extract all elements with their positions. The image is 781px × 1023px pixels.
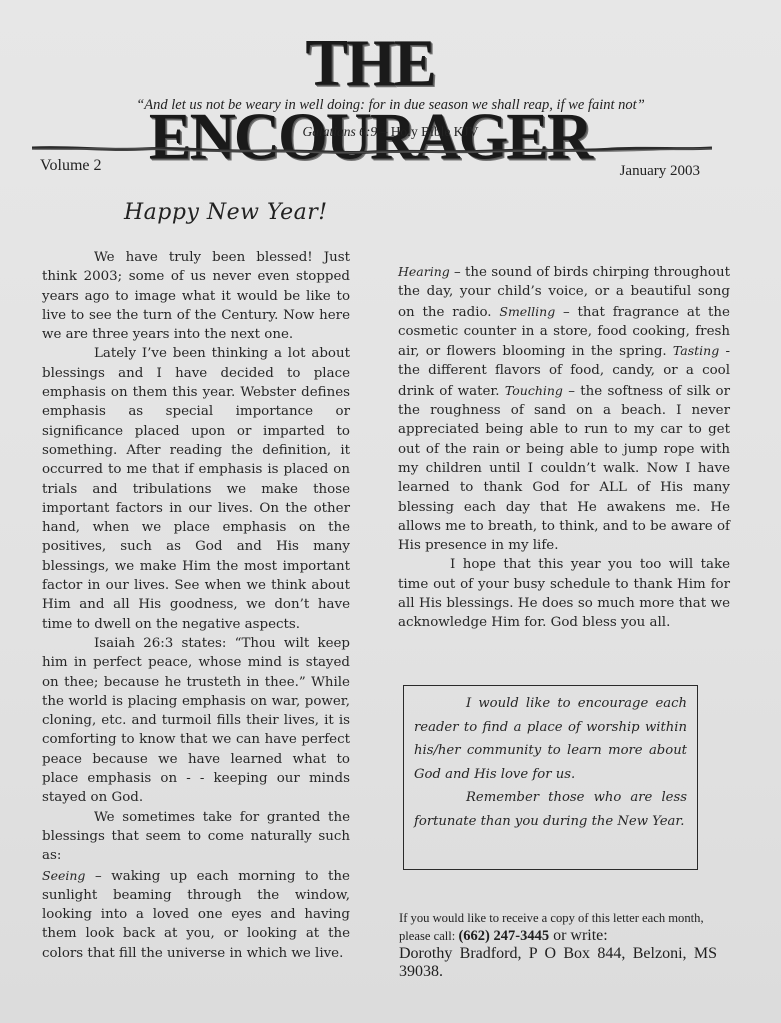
article-paragraph: We have truly been blessed! Just think 2…: [42, 248, 350, 344]
article-paragraph: We sometimes take for granted the blessi…: [42, 808, 350, 866]
contact-write-label: or write:: [549, 927, 608, 944]
volume-label: Volume 2: [40, 157, 101, 175]
contact-phone: (662) 247-3445: [458, 928, 549, 944]
sense-label-tasting: Tasting: [673, 343, 719, 358]
article-paragraph-senses: Hearing – the sound of birds chirping th…: [398, 262, 730, 555]
newsletter-page: THE ENCOURAGER “And let us not be weary …: [0, 0, 781, 1023]
sense-label-seeing: Seeing: [42, 868, 85, 883]
sense-label-hearing: Hearing: [398, 264, 450, 279]
masthead-title: THE ENCOURAGER: [100, 26, 640, 100]
encouragement-callout-box: I would like to encourage each reader to…: [403, 685, 698, 870]
article-paragraph-seeing: Seeing – waking up each morning to the s…: [42, 866, 350, 963]
sense-text-touching: – the softness of silk or the roughness …: [398, 384, 730, 553]
masthead-motto: “And let us not be weary in well doing: …: [60, 97, 721, 114]
article-paragraph: Lately I’ve been thinking a lot about bl…: [42, 344, 350, 633]
callout-paragraph: Remember those who are less fortunate th…: [414, 786, 687, 833]
scripture-citation: Galatians 6:9 – Holy Bible KJV: [60, 124, 721, 140]
subscription-contact: If you would like to receive a copy of t…: [399, 910, 717, 981]
contact-intro: If you would like to receive a copy of t…: [399, 910, 717, 945]
sense-label-smelling: Smelling: [499, 304, 555, 319]
sense-text-seeing: – waking up each morning to the sunlight…: [42, 869, 350, 961]
article-column-right: Hearing – the sound of birds chirping th…: [398, 262, 730, 633]
article-column-left: We have truly been blessed! Just think 2…: [42, 248, 350, 963]
callout-paragraph: I would like to encourage each reader to…: [414, 692, 687, 786]
article-paragraph: Isaiah 26:3 states: “Thou wilt keep him …: [42, 634, 350, 808]
article-closing-paragraph: I hope that this year you too will take …: [398, 555, 730, 632]
rough-divider-line: [32, 143, 712, 157]
article-heading: Happy New Year!: [124, 200, 328, 225]
citation-reference: Galatians 6:9: [303, 124, 378, 139]
sense-label-touching: Touching: [505, 383, 563, 398]
issue-date: January 2003: [620, 163, 700, 180]
citation-source: – Holy Bible KJV: [377, 124, 478, 139]
contact-address: Dorothy Bradford, P O Box 844, Belzoni, …: [399, 945, 717, 981]
